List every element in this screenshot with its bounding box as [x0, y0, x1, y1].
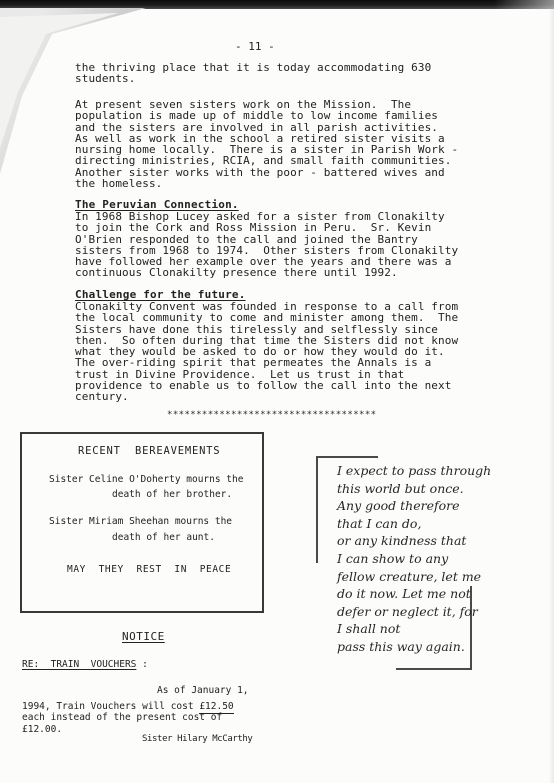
page-number: - 11 - [235, 40, 275, 53]
notice-title: NOTICE [122, 630, 165, 643]
signature: Sister Hilary McCarthy [142, 734, 252, 744]
bereavement-entry-line: Sister Celine O'Doherty mourns the [49, 474, 243, 485]
notice-price-line: 1994, Train Vouchers will cost £12.50 [22, 701, 234, 712]
bereavements-title: RECENT BEREAVEMENTS [78, 445, 220, 457]
bereavement-entry-line: Sister Miriam Sheehan mourns the [49, 516, 232, 527]
memorial-quote: I expect to pass through this world but … [337, 462, 491, 656]
notice-body: each instead of the present cost of £12.… [22, 712, 222, 735]
scan-edge-artifact [0, 0, 554, 9]
paragraph-students: the thriving place that it is today acco… [75, 62, 431, 85]
asterisk-divider: ************************************ [167, 410, 376, 420]
bereavement-entry-line: death of her brother. [112, 489, 232, 500]
scan-right-edge-shadow [549, 9, 554, 783]
scan-edge-fade [494, 0, 554, 9]
train-vouchers-subject-colon: : [136, 659, 147, 670]
paragraph-peruvian-connection: In 1968 Bishop Lucey asked for a sister … [75, 211, 458, 279]
notice-price-prefix: 1994, Train Vouchers will cost [22, 701, 199, 712]
train-vouchers-subject: RE: TRAIN VOUCHERS : [22, 659, 148, 670]
bereavements-box: RECENT BEREAVEMENTS Sister Celine O'Dohe… [20, 432, 264, 613]
bereavement-entry-line: death of her aunt. [112, 532, 215, 543]
scanned-newsletter-page: - 11 - the thriving place that it is tod… [0, 0, 554, 783]
train-vouchers-subject-underlined: RE: TRAIN VOUCHERS [22, 659, 136, 670]
paragraph-challenge-future: Clonakilty Convent was founded in respon… [75, 301, 458, 403]
paragraph-mission: At present seven sisters work on the Mis… [75, 99, 458, 189]
bereavements-footer: MAY THEY REST IN PEACE [67, 564, 231, 575]
notice-intro: As of January 1, [157, 685, 249, 696]
